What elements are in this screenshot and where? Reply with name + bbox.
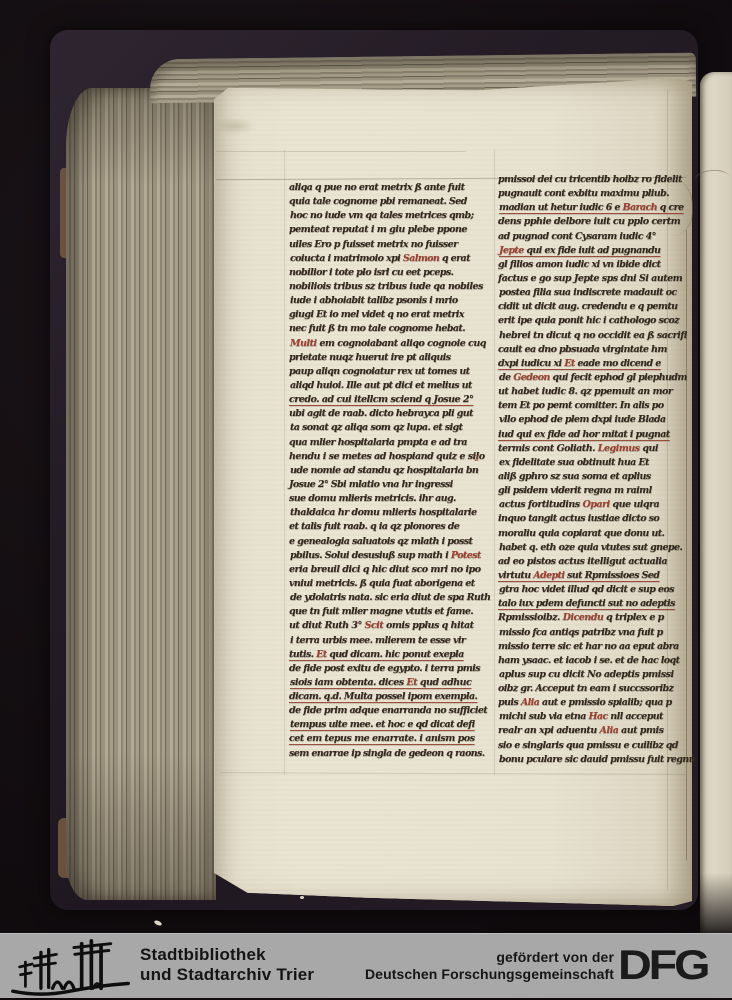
rubricated-word: Et: [406, 677, 417, 688]
manuscript-text-line: aplus sup cu dicit No adeptis pmissi: [499, 669, 679, 683]
rubricated-word: Adepti: [533, 570, 564, 581]
manuscript-text-line: ut habet iudic 8. qz ppemuit an mor: [498, 386, 678, 400]
rubricated-word: Et: [316, 649, 326, 660]
manuscript-text-line: iude i abhoiabit talibz psonis i mrio: [290, 295, 466, 309]
manuscript-text-line: eria breuil dici q hic diut sco mri no i…: [289, 564, 465, 578]
manuscript-text-line: cauit ea dno pbsuada virgintate hm: [498, 344, 678, 358]
manuscript-text-line: uiles Ero p fuisset metrix no fuisser: [289, 239, 465, 253]
manuscript-text-line: sem enarrae ip singla de gedeon q raons.: [289, 748, 465, 762]
rubricated-word: Legimus: [598, 443, 640, 454]
manuscript-text-line: actus fortitudins Opari que uiqra: [499, 499, 679, 513]
manuscript-text-line: aliqd huioi. Ille aut pt dici et melius …: [290, 380, 466, 394]
manuscript-text-line: credo. ad cui itellcm sciend q Josue 2°: [289, 394, 465, 408]
manuscript-text-line: moraliu quia copiarat que donu ut.: [498, 528, 678, 542]
manuscript-right-column: pmissoi dei cu tricentib hoibz ro fideli…: [498, 174, 678, 768]
manuscript-text-line: ubi agit de raab. dicto hebrayca pli gut: [289, 408, 465, 422]
funding-credit: gefördert von der Deutschen Forschungsge…: [365, 949, 614, 983]
page-stack-fore-edge: [66, 88, 216, 900]
rubricated-word: Et: [564, 358, 574, 369]
manuscript-text-line: pugnauit cont exbitu maximu pliub.: [498, 188, 678, 202]
manuscript-text-line: pbilus. Solui desusiuß sup math i Potest: [290, 550, 466, 564]
rubricated-word: Jepte: [499, 245, 524, 256]
manuscript-text-line: oibz gr. Acceput tn eam i succssoribz: [498, 683, 678, 697]
manuscript-text-line: prietate nuqz huerut ire pt aliquis: [289, 352, 465, 366]
manuscript-text-line: siois iam obtenta. dices Et qud adhuc: [290, 677, 466, 691]
manuscript-text-line: tempus uite mee. et hoc e qd dicat defi: [290, 719, 466, 733]
manuscript-text-line: gl filios amon iudic xi vn ibide dict: [498, 259, 678, 273]
manuscript-text-line: gtra hoc videt illud qd dicit e sup eos: [499, 584, 679, 598]
manuscript-text-line: sio e singlaris qua pmissu e cuilibz qd: [498, 740, 678, 754]
manuscript-text-line: pmissoi dei cu tricentib hoibz ro fideli…: [498, 174, 678, 188]
manuscript-text-line: pemteat reputat i m giu plebe ppone: [289, 224, 465, 238]
manuscript-text-line: cet em tepus me enarrate. i anism pos: [289, 733, 465, 747]
manuscript-left-column: aliqa q pue no erat metrix ß ante fuitqu…: [289, 182, 465, 762]
manuscript-text-line: vniui metricis. ß quia fuat aborigena et: [289, 578, 465, 592]
rubricated-word: Multi: [290, 338, 317, 349]
rubricated-word: Potest: [451, 550, 481, 561]
manuscript-text-line: ut diut Ruth 3° Scit omis pplus q hitat: [289, 620, 465, 634]
marginal-mark: 2: [474, 455, 478, 462]
manuscript-text-line: coiucta i matrimoio xpi Salmon q erat: [290, 253, 466, 267]
manuscript-text-line: hebrei tn dicut q no occidit ea ß sacrif…: [499, 330, 679, 344]
manuscript-text-line: vllo ephod de plem dxpi iude Blada: [499, 414, 679, 428]
rubricated-word: Salmon: [403, 253, 439, 264]
manuscript-text-line: Jepte qui ex fide iuit ad pugnandu: [499, 245, 679, 259]
manuscript-text-line: nobilior i tote plo isrl cu eet pceps.: [289, 267, 465, 281]
rubricated-word: Opari: [582, 499, 609, 510]
funding-credit-line2: Deutschen Forschungsgemeinschaft: [365, 966, 614, 983]
manuscript-text-line: bonu pculare sic dauid pmissu fuit regnu: [499, 754, 679, 768]
manuscript-text-line: qua mlier hospitalaria pmpta e ad tra: [289, 437, 465, 451]
manuscript-text-line: ex fidelitate sua obtinuit hua Et: [499, 457, 679, 471]
manuscript-text-line: postea filia sua indiscrete madauit oc: [499, 287, 679, 301]
manuscript-text-line: nec fuit ß tn mo tale cognome hebat.: [289, 323, 465, 337]
manuscript-text-line: paup aliqn cognoiatur rex ut tomes ut: [289, 366, 465, 380]
manuscript-text-line: Rpmissioibz. Dicendu q triplex e p: [498, 612, 678, 626]
porta-nigra-sketch-icon: [8, 934, 134, 998]
rubricated-word: Gedeon: [513, 372, 550, 383]
manuscript-text-line: thaldaica hr domu mlieris hospitalarie: [290, 507, 466, 521]
column-ruling-line: [284, 150, 285, 775]
manuscript-text-line: de fide prim adque enarranda no sufficie…: [289, 705, 465, 719]
manuscript-text-line: hoc no iude vm qa tales metrices qmb;: [290, 210, 466, 224]
manuscript-text-line: cidit ut dicit aug. credendu e q pemtu: [498, 301, 678, 315]
manuscript-text-line: ude nomie ad standu qz hospitalaria bn: [290, 465, 466, 479]
paper-speck: [154, 919, 163, 926]
manuscript-text-line: aliqa q pue no erat metrix ß ante fuit: [289, 182, 465, 196]
manuscript-text-line: habet q. eth oze quia vtutes sut gnepe.: [499, 542, 679, 556]
digitized-manuscript-scan: aliqa q pue no erat metrix ß ante fuitqu…: [0, 0, 732, 1000]
manuscript-text-line: de Gedeon qui fecit ephod gl piephudm: [499, 372, 679, 386]
manuscript-text-line: madian ut hetur iudic 6 e Barach q cre: [499, 202, 679, 216]
faded-folio-mark: [212, 118, 256, 134]
paper-speck: [300, 896, 304, 899]
next-page-edge: [700, 72, 732, 933]
manuscript-text-line: dens pphie delbore iuit cu pplo certm: [498, 216, 678, 230]
column-ruling-line: [494, 150, 495, 775]
funding-credit-line1: gefördert von der: [365, 949, 614, 966]
manuscript-text-line: michi sub via etna Hac nll acceput: [499, 711, 679, 725]
manuscript-text-line: erit ipe quia ponit hic i cathologo scoz: [498, 315, 678, 329]
manuscript-text-line: missio terre sic et har no aa eput abra: [498, 641, 678, 655]
manuscript-text-line: sue domu mlieris metricis. ihr aug.: [289, 493, 465, 507]
rubricated-word: Scit: [365, 620, 384, 631]
manuscript-text-line: ham ysaac. et iacob i se. et de hac loqt: [498, 655, 678, 669]
manuscript-text-line: talo iux pdem defuncti sut no adeptis: [498, 598, 678, 612]
manuscript-text-line: termis cont Goliath. Legimus qui: [498, 443, 678, 457]
dfg-logo: DFG: [618, 947, 722, 984]
manuscript-text-line: dxpi iudicu xi Et eade mo dicend e: [498, 358, 678, 372]
manuscript-text-line: Multi em cognoiabant aliqo cognoie cuq: [290, 338, 466, 352]
manuscript-text-line: realr an xpi aduentu Alia aut pmis: [498, 725, 678, 739]
manuscript-text-line: virtutu Adepti sut Rpmissioes Sed: [498, 570, 678, 584]
manuscript-text-line: ad eo pistos actus itelligut actualia: [498, 556, 678, 570]
manuscript-text-line: ad pugnad cont Cysaram iudic 4°: [498, 231, 678, 245]
manuscript-text-line: e genealogia saluatois qz mlath i posst: [289, 536, 465, 550]
manuscript-text-line: ta sonat qz aliqa som qz lupa. et sigt: [290, 422, 466, 436]
manuscript-text-line: tutis. Et qud dicam. hic ponut exepla: [289, 649, 465, 663]
library-name: Stadtbibliothek und Stadtarchiv Trier: [140, 945, 314, 985]
manuscript-text-line: quia tale cognome pbi remaneat. Sed: [289, 196, 465, 210]
manuscript-text-line: puis Alia aut e pmissio spialib; qua p: [498, 697, 678, 711]
library-name-line1: Stadtbibliothek: [140, 945, 314, 965]
manuscript-text-line: de fide post exitu de egypto. i terra pm…: [289, 663, 465, 677]
manuscript-text-line: inquo tangit actus iustiae dicto so: [498, 513, 678, 527]
rubricated-word: Dicendu: [563, 612, 604, 623]
manuscript-text-line: missio fca antiqs patribz vna fuit p: [499, 627, 679, 641]
rubricated-word: Barach: [623, 202, 657, 213]
manuscript-text-line: que tn fuit mlier magne vtutis et fame.: [289, 606, 465, 620]
manuscript-text-line: iud qui ex fide ad hor mitat i pugnat: [498, 429, 678, 443]
manuscript-text-line: de ydolatris nata. sic eria diut de spa …: [290, 592, 466, 606]
manuscript-text-line: et talis fuit raab. q ia qz plonores de: [289, 521, 465, 535]
rubricated-word: Alia: [521, 697, 539, 708]
manuscript-text-line: Josue 2° Sbi mlatio vna hr ingressi: [289, 479, 465, 493]
manuscript-text-line: dicam. q.d. Multa possel ipom exempla.: [289, 691, 465, 705]
manuscript-text-line: tem Et po pemt comitter. In alis po: [498, 400, 678, 414]
manuscript-text-line: nobiliois tribus sz tribus iude qa nobil…: [289, 281, 465, 295]
manuscript-text-line: i terra urbis mee. mlierem te esse vir: [290, 635, 466, 649]
rubricated-word: Alia: [599, 725, 618, 736]
manuscript-text-line: hendu i se metes ad hospiand quiz e silo: [289, 451, 465, 465]
footer-banner: Stadtbibliothek und Stadtarchiv Trier ge…: [0, 933, 732, 998]
margin-ruling-line: [686, 230, 687, 860]
manuscript-text-line: gli psidem viderit regna m raiml: [498, 485, 678, 499]
page-crease-line: [216, 151, 466, 152]
rubricated-word: Hac: [588, 711, 607, 722]
manuscript-text-line: aliß gphro sz sua soma et aplius: [498, 471, 678, 485]
library-name-line2: und Stadtarchiv Trier: [140, 965, 314, 985]
manuscript-text-line: giugi Et io mel videt q no erat metrix: [289, 309, 465, 323]
manuscript-text-line: factus e go sup Jepte sps dni Si autem: [498, 273, 678, 287]
